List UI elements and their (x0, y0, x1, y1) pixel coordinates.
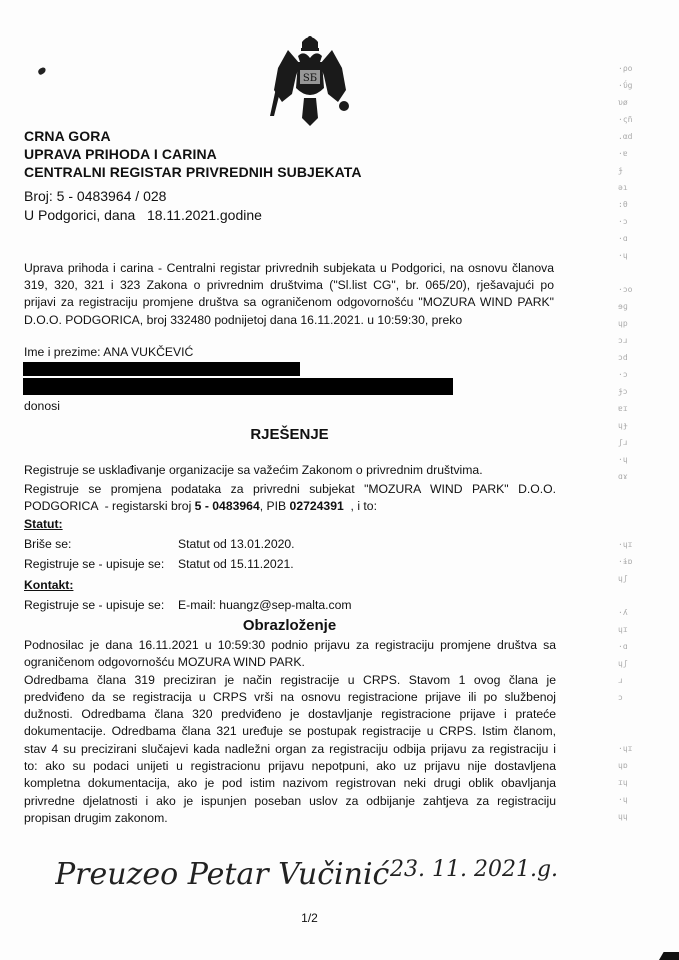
registry-number: 5 - 0483964 (195, 499, 260, 513)
decision-line-2b: PODGORICA - registarski broj 5 - 0483964… (24, 498, 556, 515)
decision-line-1: Registruje se usklađivanje organizacije … (24, 462, 483, 479)
row-value-email: E-mail: huangz@sep-malta.com (178, 598, 352, 612)
reasoning-line: dužnosti. Odredbama člana 320 predviđeno… (24, 706, 556, 723)
row-value: Statut od 15.11.2021. (178, 557, 294, 571)
reg-prefix: PODGORICA - registarski broj (24, 499, 195, 513)
place-date: U Podgorici, dana 18.11.2021.godine (24, 207, 262, 223)
donosi-label: donosi (24, 398, 60, 415)
reg-suffix: , i to: (344, 499, 377, 513)
kontakt-row-register: Registruje se - upisuje se:E-mail: huang… (24, 598, 352, 612)
decision-line-2a: Registruje se promjena podataka za privr… (24, 481, 556, 498)
reasoning-line: propisan drugim zakonom. (24, 810, 556, 827)
row-key: Registruje se - upisuje se: (24, 598, 178, 612)
reasoning-line: Podnosilac je dana 16.11.2021 u 10:59:30… (24, 637, 556, 654)
intro-line: prijavi za registraciju promjene društva… (24, 294, 554, 311)
intro-line: 319, 320, 321 i 323 Zakona o privrednim … (24, 277, 554, 294)
reasoning-line: dokumentacije. Odredbama člana 321 uređu… (24, 723, 556, 740)
header-country: CRNA GORA (24, 128, 111, 144)
reasoning-line: to: ako su podaci unijeti u registracion… (24, 758, 556, 775)
intro-line: D.O.O. PODGORICA, broj 332480 podnijetoj… (24, 312, 554, 329)
statut-row-register: Registruje se - upisuje se:Statut od 15.… (24, 557, 294, 571)
redaction-bar (23, 378, 453, 395)
applicant-name: Ime i prezime: ANA VUKČEVIĆ (24, 344, 193, 361)
reasoning-title: Obrazloženje (0, 617, 679, 634)
handwritten-receipt: Preuzeo Petar Vučinić (55, 857, 390, 892)
decision-line-2: Registruje se promjena podataka za privr… (24, 481, 556, 515)
intro-line: Uprava prihoda i carina - Centralni regi… (24, 260, 554, 277)
header-authority: UPRAVA PRIHODA I CARINA (24, 146, 217, 162)
section-heading-statut: Statut: (24, 517, 63, 531)
intro-paragraph: Uprava prihoda i carina - Centralni regi… (24, 260, 554, 329)
svg-text:ЅБ: ЅБ (303, 73, 317, 84)
decision-title: RJEŠENJE (0, 426, 679, 443)
row-key: Registruje se - upisuje se: (24, 557, 178, 571)
handwritten-annotation: Preuzeo Petar Vučinić 23. 11. 2021.g. (55, 842, 575, 902)
document-number: Broj: 5 - 0483964 / 028 (24, 188, 166, 204)
pib-number: 02724391 (290, 499, 344, 513)
scan-corner-artifact (659, 952, 679, 960)
reasoning-line: predviđeno da se registracija u CRPS vrš… (24, 689, 556, 706)
pib-label: , PIB (260, 499, 290, 513)
statut-row-delete: Briše se:Statut od 13.01.2020. (24, 537, 295, 551)
reasoning-line: privredne djelatnosti i ako je ispunjen … (24, 793, 556, 810)
header-registry: CENTRALNI REGISTAR PRIVREDNIH SUBJEKATA (24, 164, 362, 180)
section-heading-kontakt: Kontakt: (24, 578, 73, 592)
reasoning-line: stav 4 su precizirani slučajevi kada nad… (24, 741, 556, 758)
reasoning-line: Odredbama člana 319 preciziran je način … (24, 672, 556, 689)
reasoning-line: kompletna dokumentacija, ako je pod isti… (24, 775, 556, 792)
scan-margin-noise: ·ρο·ΰgυø·ςñ.αd·ɐɉǝı:θ·ɔ·ɑ·ɥ ·ɔoɘɡɥpɔɹɔd·… (618, 60, 648, 825)
reasoning-paragraph: Podnosilac je dana 16.11.2021 u 10:59:30… (24, 637, 556, 827)
page-number: 1/2 (0, 911, 679, 925)
redaction-bar (23, 362, 300, 376)
reasoning-line: ograničenom odgovornošću MOZURA WIND PAR… (24, 654, 556, 671)
row-key: Briše se: (24, 537, 178, 551)
row-value: Statut od 13.01.2020. (178, 537, 295, 551)
coat-of-arms-icon: ЅБ (258, 28, 362, 128)
handwritten-date: 23. 11. 2021.g. (389, 857, 558, 882)
scan-artifact (37, 67, 47, 76)
